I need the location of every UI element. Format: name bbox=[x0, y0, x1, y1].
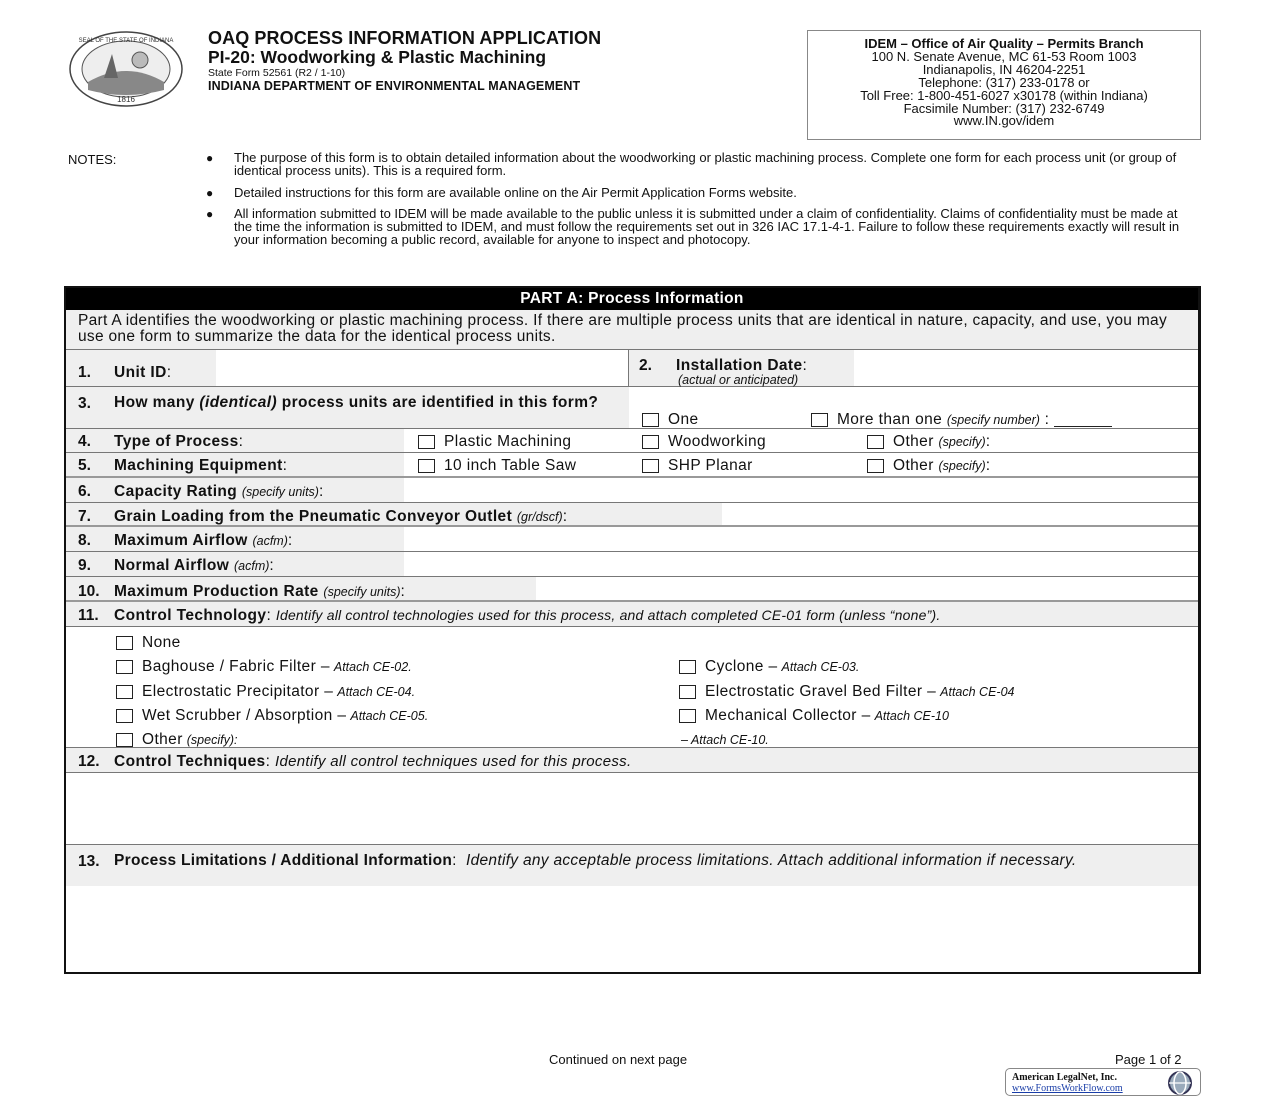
indiana-state-seal-icon: 1816 SEAL OF THE STATE OF INDIANA bbox=[68, 30, 184, 108]
checkbox-cyclone[interactable]: Cyclone –Attach CE-03. bbox=[679, 658, 859, 676]
row-capacity-rating: 6. Capacity Rating (specify units): bbox=[66, 478, 1198, 503]
checkbox-none[interactable]: None bbox=[116, 634, 181, 652]
unit-id-input[interactable] bbox=[217, 350, 627, 386]
checkbox-icon bbox=[116, 660, 133, 674]
row-control-techniques: 12. Control Techniques: Identify all con… bbox=[66, 748, 1198, 773]
checkbox-wet-scrubber[interactable]: Wet Scrubber / Absorption –Attach CE-05. bbox=[116, 707, 428, 725]
checkbox-icon bbox=[116, 685, 133, 699]
checkbox-icon bbox=[679, 685, 696, 699]
form-title: OAQ PROCESS INFORMATION APPLICATION bbox=[208, 29, 601, 48]
bullet-icon: ● bbox=[206, 208, 213, 221]
row-control-technology: 11. Control Technology: Identify all con… bbox=[66, 602, 1198, 627]
checkbox-process-other[interactable]: Other (specify): bbox=[867, 433, 990, 451]
bullet-icon: ● bbox=[206, 187, 213, 200]
checkbox-mechanical-collector[interactable]: Mechanical Collector –Attach CE-10 bbox=[679, 707, 949, 725]
note-item: ●Detailed instructions for this form are… bbox=[206, 187, 1196, 200]
contact-box: IDEM – Office of Air Quality – Permits B… bbox=[807, 30, 1201, 140]
checkbox-shp-planar[interactable]: SHP Planar bbox=[642, 457, 753, 475]
vendor-link[interactable]: www.FormsWorkFlow.com bbox=[1012, 1083, 1123, 1094]
note-item: ●All information submitted to IDEM will … bbox=[206, 208, 1196, 246]
control-technology-options: None Baghouse / Fabric Filter –Attach CE… bbox=[66, 627, 1198, 748]
checkbox-gravel-bed-filter[interactable]: Electrostatic Gravel Bed Filter –Attach … bbox=[679, 683, 1014, 701]
other-attach-note: – Attach CE-10. bbox=[681, 733, 769, 747]
checkbox-woodworking[interactable]: Woodworking bbox=[642, 433, 766, 451]
globe-logo-icon bbox=[1163, 1070, 1197, 1096]
checkbox-icon bbox=[867, 459, 884, 473]
maximum-airflow-input[interactable] bbox=[404, 527, 1198, 551]
form-subtitle: PI-20: Woodworking & Plastic Machining bbox=[208, 48, 601, 67]
checkbox-icon bbox=[679, 709, 696, 723]
checkbox-electrostatic-precipitator[interactable]: Electrostatic Precipitator –Attach CE-04… bbox=[116, 683, 415, 701]
row-grain-loading: 7. Grain Loading from the Pneumatic Conv… bbox=[66, 503, 1198, 527]
process-limitations-textarea[interactable] bbox=[66, 886, 1198, 972]
row-unit-id: 1. Unit ID: 2. Installation Date: (actua… bbox=[66, 350, 1198, 387]
part-a-header: PART A: Process Information bbox=[66, 288, 1198, 310]
grain-loading-input[interactable] bbox=[722, 503, 1198, 525]
part-a-form: PART A: Process Information Part A ident… bbox=[64, 286, 1201, 974]
form-header: OAQ PROCESS INFORMATION APPLICATION PI-2… bbox=[208, 29, 601, 94]
department-name: INDIANA DEPARTMENT OF ENVIRONMENTAL MANA… bbox=[208, 79, 601, 94]
checkbox-icon bbox=[116, 636, 133, 650]
bullet-icon: ● bbox=[206, 152, 213, 165]
checkbox-baghouse[interactable]: Baghouse / Fabric Filter –Attach CE-02. bbox=[116, 658, 412, 676]
notes-list: ●The purpose of this form is to obtain d… bbox=[206, 152, 1196, 256]
control-techniques-textarea[interactable] bbox=[66, 774, 1198, 845]
checkbox-one-unit[interactable]: One bbox=[642, 411, 699, 429]
page-number: Page 1 of 2 bbox=[1115, 1052, 1182, 1067]
checkbox-icon bbox=[642, 413, 659, 427]
checkbox-equipment-other[interactable]: Other (specify): bbox=[867, 457, 990, 475]
max-production-rate-input[interactable] bbox=[536, 577, 1198, 600]
website-link[interactable]: www.IN.gov/idem bbox=[808, 115, 1200, 128]
checkbox-more-than-one[interactable]: More than one (specify number) : bbox=[811, 411, 1112, 429]
checkbox-control-other[interactable]: Other(specify): bbox=[116, 731, 237, 749]
capacity-rating-input[interactable] bbox=[404, 478, 1198, 502]
row-unit-count: 3. How many (identical) process units ar… bbox=[66, 387, 1198, 429]
part-a-intro: Part A identifies the woodworking or pla… bbox=[66, 310, 1198, 350]
checkbox-icon bbox=[642, 435, 659, 449]
installation-date-input[interactable] bbox=[855, 350, 1198, 386]
checkbox-icon bbox=[867, 435, 884, 449]
row-normal-airflow: 9. Normal Airflow (acfm): bbox=[66, 552, 1198, 577]
checkbox-icon bbox=[116, 733, 133, 747]
notes-label: NOTES: bbox=[68, 152, 116, 167]
state-form-number: State Form 52561 (R2 / 1-10) bbox=[208, 67, 601, 79]
svg-text:1816: 1816 bbox=[117, 95, 135, 104]
row-max-production-rate: 10. Maximum Production Rate (specify uni… bbox=[66, 577, 1198, 602]
row-maximum-airflow: 8. Maximum Airflow (acfm): bbox=[66, 527, 1198, 552]
checkbox-icon bbox=[642, 459, 659, 473]
note-item: ●The purpose of this form is to obtain d… bbox=[206, 152, 1196, 178]
checkbox-icon bbox=[418, 459, 435, 473]
checkbox-icon bbox=[679, 660, 696, 674]
row-process-limitations: 13. Process Limitations / Additional Inf… bbox=[66, 845, 1198, 886]
checkbox-icon bbox=[811, 413, 828, 427]
vendor-badge: American LegalNet, Inc. www.FormsWorkFlo… bbox=[1005, 1068, 1201, 1096]
checkbox-plastic-machining[interactable]: Plastic Machining bbox=[418, 433, 571, 451]
unit-count-input[interactable] bbox=[1054, 413, 1112, 427]
normal-airflow-input[interactable] bbox=[404, 552, 1198, 576]
checkbox-icon bbox=[418, 435, 435, 449]
vendor-name: American LegalNet, Inc. bbox=[1012, 1072, 1117, 1083]
row-machining-equipment: 5. Machining Equipment: 10 inch Table Sa… bbox=[66, 453, 1198, 478]
checkbox-icon bbox=[116, 709, 133, 723]
svg-text:SEAL OF THE STATE OF INDIANA: SEAL OF THE STATE OF INDIANA bbox=[79, 38, 174, 44]
continued-note: Continued on next page bbox=[549, 1052, 687, 1067]
row-type-of-process: 4. Type of Process: Plastic Machining Wo… bbox=[66, 429, 1198, 453]
checkbox-table-saw[interactable]: 10 inch Table Saw bbox=[418, 457, 576, 475]
